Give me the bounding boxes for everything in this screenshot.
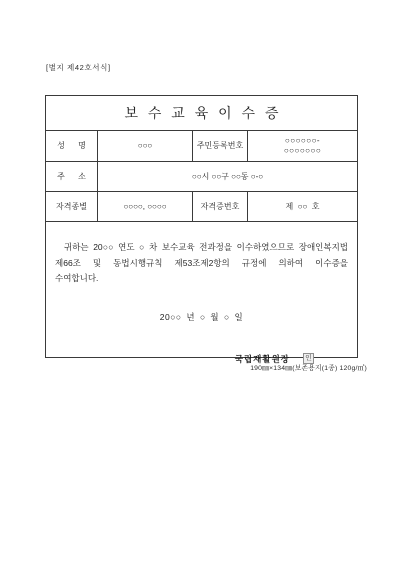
certificate-page: [별지 제42호서식] 보 수 교 육 이 수 증 성 명 ○○○ 주민등록번호… bbox=[0, 0, 400, 566]
name-label: 성 명 bbox=[46, 131, 98, 162]
certificate-body-text: 귀하는 20○○ 연도 ○ 차 보수교육 전과정을 이수하였으므로 장애인복지법… bbox=[46, 222, 357, 287]
qualification-type-label: 자격종별 bbox=[46, 192, 98, 222]
issue-date: 20○○ 년 ○ 월 ○ 일 bbox=[46, 311, 357, 323]
certificate-number-label: 자격증번호 bbox=[193, 192, 248, 222]
address-label: 주 소 bbox=[46, 162, 98, 192]
rrn-value-line2: ○○○○○○○ bbox=[284, 146, 321, 157]
certificate-box: 보 수 교 육 이 수 증 성 명 ○○○ 주민등록번호 ○○○○○○- ○○○… bbox=[45, 95, 358, 358]
info-table: 성 명 ○○○ 주민등록번호 ○○○○○○- ○○○○○○○ 주 소 ○○시 ○… bbox=[46, 131, 357, 222]
certificate-title: 보 수 교 육 이 수 증 bbox=[46, 96, 357, 131]
address-value: ○○시 ○○구 ○○동 ○-○ bbox=[98, 162, 357, 192]
paper-spec-note: 190㎜×134㎜(보존용지(1종) 120g/㎡) bbox=[250, 362, 367, 372]
form-number-label: [별지 제42호서식] bbox=[46, 62, 111, 73]
rrn-value: ○○○○○○- ○○○○○○○ bbox=[248, 131, 357, 162]
qualification-type-value: ○○○○, ○○○○ bbox=[98, 192, 193, 222]
rrn-value-line1: ○○○○○○- bbox=[285, 136, 320, 147]
certificate-number-value: 제 ○○ 호 bbox=[248, 192, 357, 222]
name-value: ○○○ bbox=[98, 131, 193, 162]
rrn-label: 주민등록번호 bbox=[193, 131, 248, 162]
